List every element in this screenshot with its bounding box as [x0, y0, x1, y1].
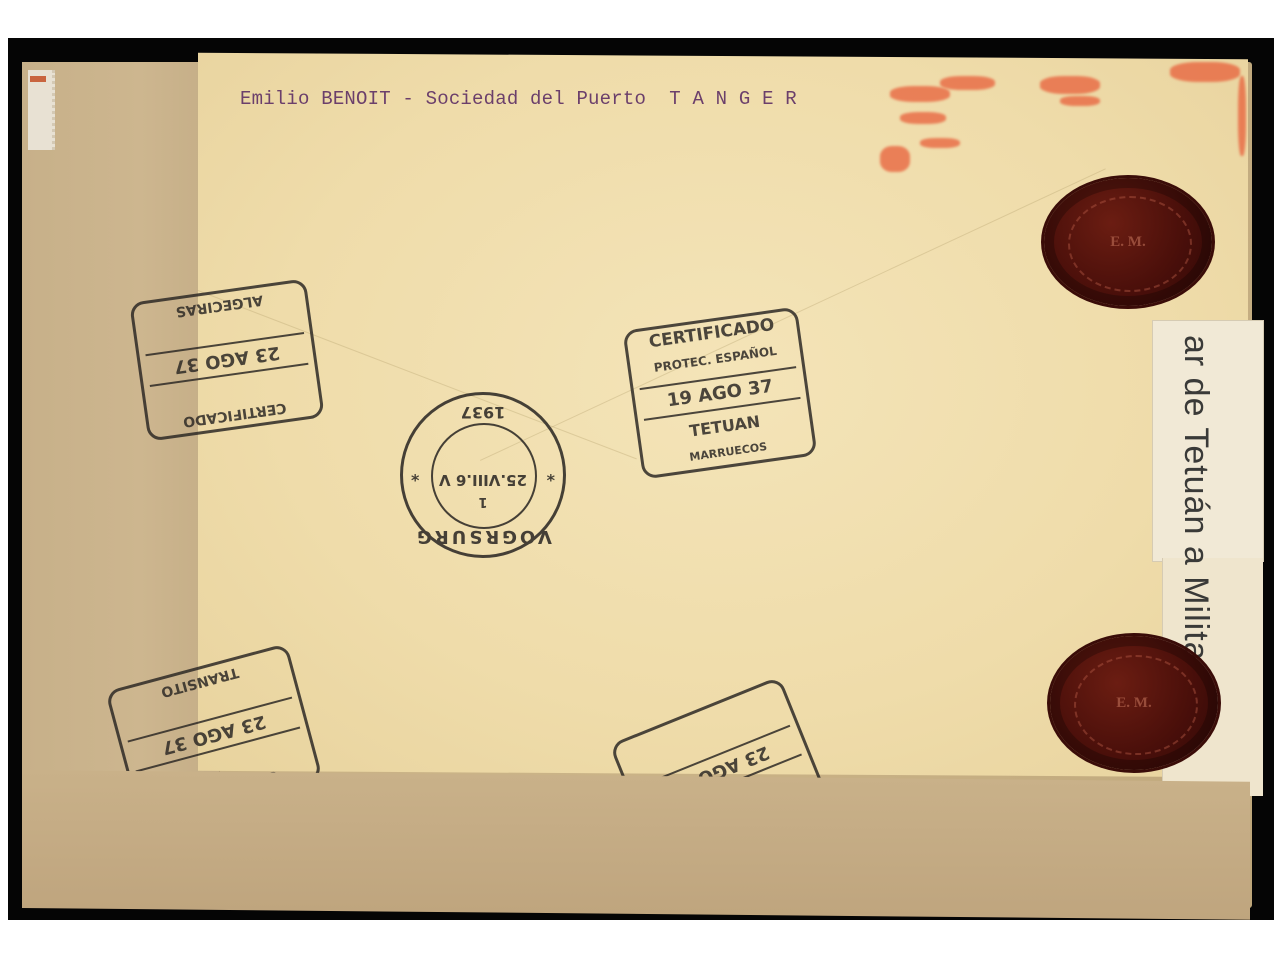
sender-typed-line: Emilio BENOIT - Sociedad del Puerto T A …: [240, 88, 797, 110]
circular-date-stamp: VOGRSURG 1 25.VIII.6 V 1937 * *: [400, 392, 566, 558]
wax-seal-initials: E. M.: [1044, 234, 1212, 251]
cds-ornament-left: *: [547, 466, 555, 485]
wax-seal-bottom: E. M.: [1050, 636, 1218, 770]
bottom-tape-band: [22, 770, 1250, 920]
cds-number: 1: [403, 494, 563, 509]
stamp-remnant-top: [28, 70, 55, 150]
cds-date: 25.VIII.6 V: [403, 471, 563, 489]
cds-year: 1937: [403, 403, 563, 422]
wax-seal-initials: E. M.: [1050, 695, 1218, 712]
postmark-town: ALGECIRAS: [175, 291, 264, 319]
postmark-date: 23 AGO 37: [128, 697, 301, 773]
postmark-date: 23 AGO 37: [145, 333, 308, 388]
wax-seal-top: E. M.: [1044, 178, 1212, 306]
postmark-country: MARRUECOS: [689, 439, 769, 466]
postmark-certificado-tetuan: CERTIFICADO PROTEC. ESPAÑOL 19 AGO 37 TE…: [622, 306, 817, 479]
postmark-certificado-left-top: CERTIFICADO 23 AGO 37 ALGECIRAS: [129, 278, 325, 441]
cds-town: VOGRSURG: [403, 526, 563, 547]
cds-ornament-right: *: [411, 466, 419, 485]
postmark-town: TETUAN: [688, 414, 761, 440]
